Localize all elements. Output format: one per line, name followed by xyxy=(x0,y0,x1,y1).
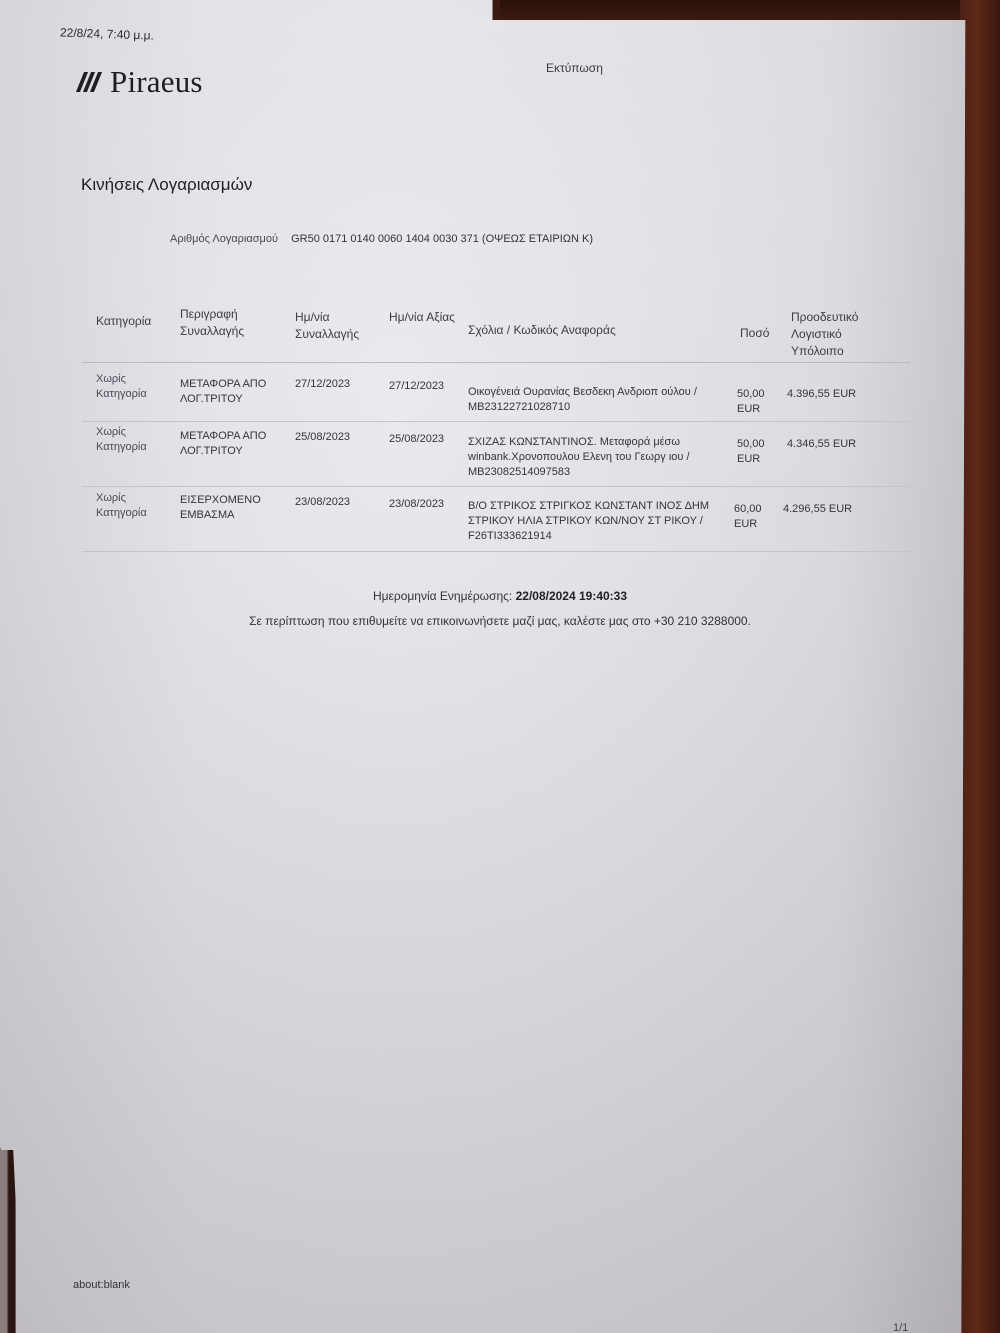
table-header: Κατηγορία Περιγραφή Συναλλαγής Ημ/νία Συ… xyxy=(82,300,910,363)
row-transaction-date: 25/08/2023 xyxy=(295,430,377,445)
account-number-label: Αριθμός Λογαριασμού xyxy=(170,233,278,245)
desk-background-top xyxy=(500,0,1000,22)
row-comments: Β/Ο ΣΤΡΙΚΟΣ ΣΤΡΙΓΚΟΣ ΚΩΝΣΤΑΝΤ ΙΝΟΣ ΔΗΜ Σ… xyxy=(468,499,723,544)
page-title: Κινήσεις Λογαριασμών xyxy=(81,175,252,195)
row-value-date: 23/08/2023 xyxy=(389,497,459,512)
row-description: ΕΙΣΕΡΧΟΜΕΝΟ ΕΜΒΑΣΜΑ xyxy=(180,493,280,523)
row-amount: 50,00 EUR xyxy=(737,437,777,467)
piraeus-slashes-icon xyxy=(76,72,102,92)
row-balance: 4.346,55 EUR xyxy=(787,437,887,452)
header-transaction-date: Ημ/νία Συναλλαγής xyxy=(295,309,377,343)
last-updated-value: 22/08/2024 19:40:33 xyxy=(516,589,627,603)
row-value-date: 25/08/2023 xyxy=(389,432,459,447)
row-comments: Οικογένειά Ουρανίας Βεσδεκη Ανδριοπ ούλο… xyxy=(468,385,723,415)
header-amount: Ποσό xyxy=(740,325,780,342)
row-amount: 60,00 EUR xyxy=(734,502,774,532)
row-comments: ΣΧΙΖΑΣ ΚΩΝΣΤΑΝΤΙΝΟΣ. Μεταφορά μέσω winba… xyxy=(468,435,723,480)
bank-name: Piraeus xyxy=(110,64,203,100)
page-number: 1/1 xyxy=(893,1322,908,1333)
row-category: Χωρίς Κατηγορία xyxy=(96,425,166,455)
row-balance: 4.396,55 EUR xyxy=(787,387,887,402)
contact-note: Σε περίπτωση που επιθυμείτε να επικοινων… xyxy=(0,614,1000,628)
header-comments: Σχόλια / Κωδικός Αναφοράς xyxy=(468,322,723,339)
header-balance: Προοδευτικό Λογιστικό Υπόλοιπο xyxy=(791,309,891,360)
account-number: Αριθμός Λογαριασμού GR50 0171 0140 0060 … xyxy=(170,233,593,245)
header-value-date: Ημ/νία Αξίας xyxy=(389,309,459,326)
row-transaction-date: 27/12/2023 xyxy=(295,377,377,392)
table-row: Χωρίς Κατηγορία ΜΕΤΑΦΟΡΑ ΑΠΟ ΛΟΓ.ΤΡΙΤΟΥ … xyxy=(82,422,910,487)
last-updated: Ημερομηνία Ενημέρωσης: 22/08/2024 19:40:… xyxy=(0,589,1000,603)
last-updated-label: Ημερομηνία Ενημέρωσης: xyxy=(373,589,512,603)
row-balance: 4.296,55 EUR xyxy=(783,502,883,517)
footer-url: about:blank xyxy=(73,1279,130,1291)
account-number-value: GR50 0171 0140 0060 1404 0030 371 (ΟΨΕΩΣ… xyxy=(291,233,593,245)
bank-logo: Piraeus xyxy=(80,64,203,100)
header-category: Κατηγορία xyxy=(96,313,166,330)
printed-page: 22/8/24, 7:40 μ.μ. Εκτύπωση Piraeus Κινή… xyxy=(0,0,985,1333)
desk-background-right xyxy=(960,0,1000,1333)
print-title: Εκτύπωση xyxy=(546,61,603,75)
header-description: Περιγραφή Συναλλαγής xyxy=(180,306,280,340)
row-description: ΜΕΤΑΦΟΡΑ ΑΠΟ ΛΟΓ.ΤΡΙΤΟΥ xyxy=(180,429,280,459)
table-row: Χωρίς Κατηγορία ΕΙΣΕΡΧΟΜΕΝΟ ΕΜΒΑΣΜΑ 23/0… xyxy=(82,487,910,552)
row-category: Χωρίς Κατηγορία xyxy=(96,372,166,402)
row-amount: 50,00 EUR xyxy=(737,387,777,417)
row-transaction-date: 23/08/2023 xyxy=(295,495,377,510)
transactions-table: Κατηγορία Περιγραφή Συναλλαγής Ημ/νία Συ… xyxy=(82,300,910,552)
row-value-date: 27/12/2023 xyxy=(389,379,459,394)
table-row: Χωρίς Κατηγορία ΜΕΤΑΦΟΡΑ ΑΠΟ ΛΟΓ.ΤΡΙΤΟΥ … xyxy=(82,363,910,422)
row-category: Χωρίς Κατηγορία xyxy=(96,491,166,521)
row-description: ΜΕΤΑΦΟΡΑ ΑΠΟ ΛΟΓ.ΤΡΙΤΟΥ xyxy=(180,377,280,407)
